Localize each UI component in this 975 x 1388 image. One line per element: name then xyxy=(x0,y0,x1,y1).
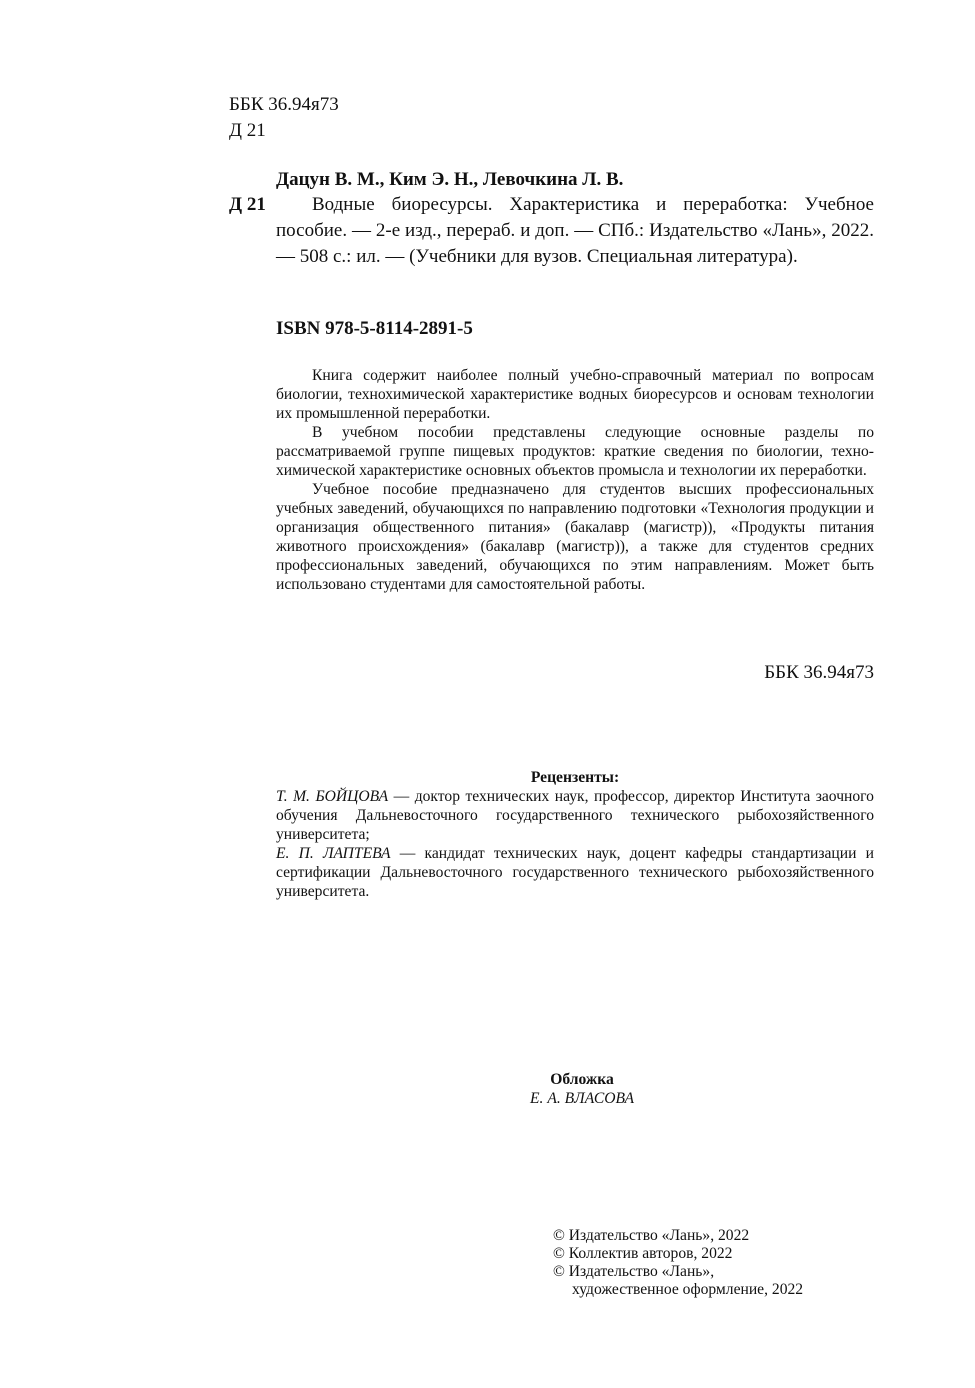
reviewer-name: Т. М. БОЙЦОВА xyxy=(276,788,388,805)
reviewers-section: Рецензенты: Т. М. БОЙЦОВА — доктор техни… xyxy=(276,768,874,901)
bbk-header: ББК 36.94я73 Д 21 xyxy=(229,92,339,144)
reviewers-heading: Рецензенты: xyxy=(276,768,874,787)
isbn: ISBN 978-5-8114-2891-5 xyxy=(276,316,473,342)
reviewer-item: Т. М. БОЙЦОВА — доктор технических наук,… xyxy=(276,787,874,844)
annotation-paragraph: Книга содержит наиболее полный учебно-сп… xyxy=(276,366,874,423)
copyright-line: © Издательство «Лань», xyxy=(553,1263,803,1281)
bbk-code: ББК 36.94я73 xyxy=(229,92,339,118)
bbk-code-footer: ББК 36.94я73 xyxy=(764,660,874,686)
copyright-block: © Издательство «Лань», 2022 © Коллектив … xyxy=(553,1227,803,1299)
annotation-paragraph: Учебное пособие предназначено для студен… xyxy=(276,480,874,594)
author-mark: Д 21 xyxy=(229,118,339,144)
copyright-continuation: художественное оформление, 2022 xyxy=(553,1281,803,1299)
annotation-paragraph: В учебном пособии представлены следующие… xyxy=(276,423,874,480)
copyright-line: © Коллектив авторов, 2022 xyxy=(553,1245,803,1263)
cover-label: Обложка xyxy=(476,1070,688,1089)
annotation: Книга содержит наиболее полный учебно-сп… xyxy=(276,366,874,594)
reviewer-name: Е. П. ЛАПТЕВА xyxy=(276,845,391,862)
copyright-line: © Издательство «Лань», 2022 xyxy=(553,1227,803,1245)
reviewer-item: Е. П. ЛАПТЕВА — кандидат технических нау… xyxy=(276,844,874,901)
cover-credit: Обложка Е. А. ВЛАСОВА xyxy=(476,1070,688,1108)
cover-designer: Е. А. ВЛАСОВА xyxy=(476,1089,688,1108)
catalog-description: Водные биоресурсы. Характеристика и пере… xyxy=(276,192,874,270)
catalog-code: Д 21 xyxy=(229,192,266,218)
authors-line: Дацун В. М., Ким Э. Н., Левочкина Л. В. xyxy=(276,167,623,193)
